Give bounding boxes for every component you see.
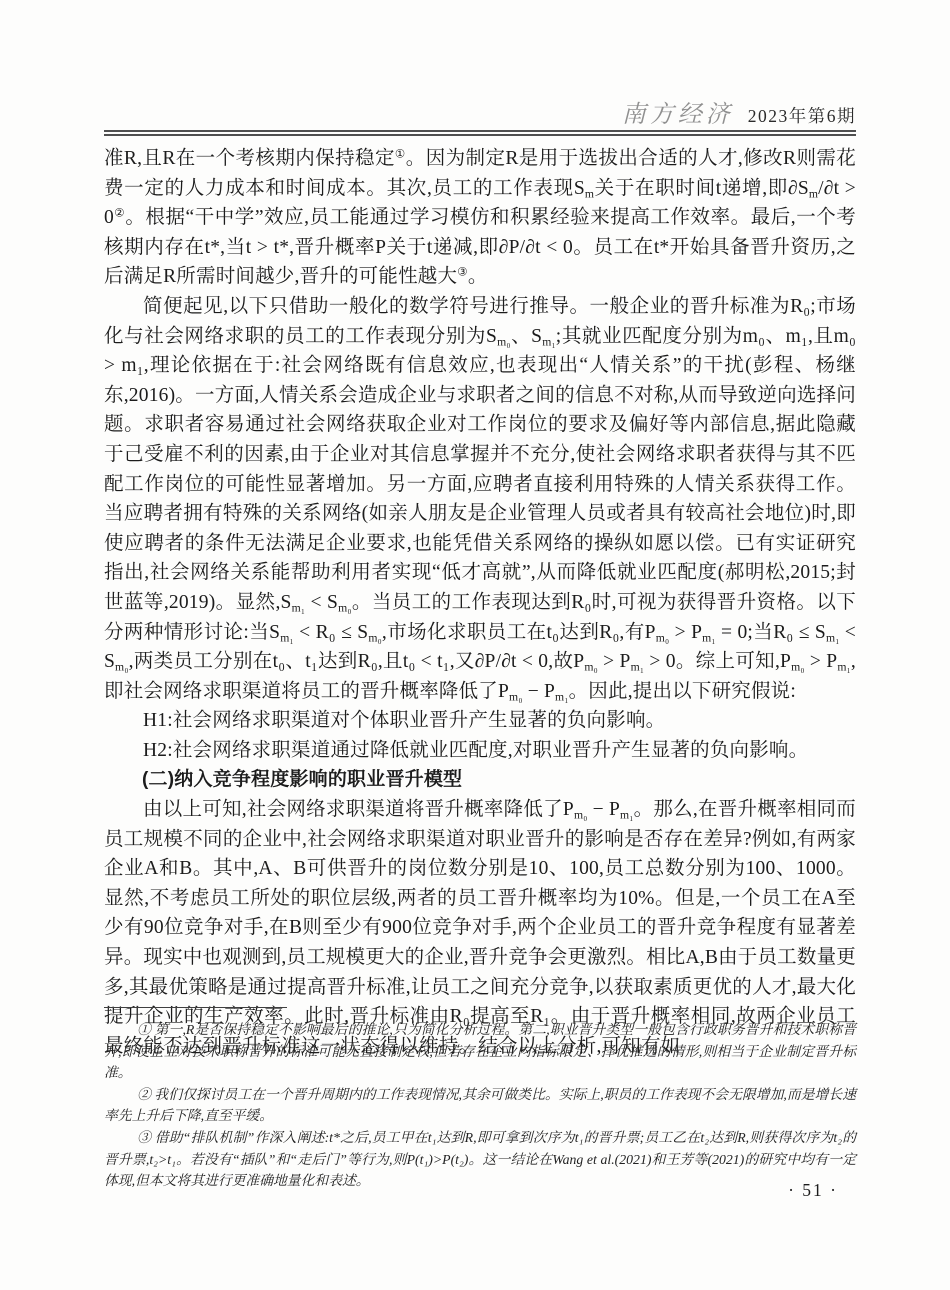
section-heading: (二)纳入竞争程度影响的职业晋升模型 [104, 765, 856, 795]
footnotes: ① 第一,R是否保持稳定不影响最后的推论,只为简化分析过程。第二,职业晋升类型一… [104, 1019, 856, 1192]
footnote: ③ 借助“排队机制”作深入阐述:t*之后,员工甲在t₁达到R,即可拿到次序为t₁… [104, 1127, 856, 1192]
footnote-rule [104, 1007, 287, 1008]
footnote-marker: ① [137, 1022, 155, 1037]
footnote: ② 我们仅探讨员工在一个晋升周期内的工作表现情况,其余可做类比。实际上,职员的工… [104, 1084, 856, 1127]
body-paragraph: 准R,且R在一个考核期内保持稳定①。因为制定R是用于选拔出合适的人才,修改R则需… [104, 144, 856, 292]
body-paragraph: 简便起见,以下只借助一般化的数学符号进行推导。一般企业的晋升标准为R₀;市场化与… [104, 292, 856, 706]
journal-logo: 南方经济 [622, 100, 734, 128]
journal-header: 南方经济2023年第6期 [104, 94, 856, 129]
body-paragraph: H2:社会网络求职渠道通过降低就业匹配度,对职业晋升产生显著的负向影响。 [104, 736, 856, 766]
footnote: ① 第一,R是否保持稳定不影响最后的推论,只为简化分析过程。第二,职业晋升类型一… [104, 1019, 856, 1084]
article-body: 准R,且R在一个考核期内保持稳定①。因为制定R是用于选拔出合适的人才,修改R则需… [104, 144, 856, 1061]
footnote-marker: ③ [137, 1130, 155, 1145]
footnote-marker: ② [137, 1087, 154, 1102]
page-number: · 51 · [788, 1180, 838, 1201]
header-rule [104, 130, 856, 136]
paper-page: 南方经济2023年第6期 准R,且R在一个考核期内保持稳定①。因为制定R是用于选… [0, 0, 950, 1290]
body-paragraph: H1:社会网络求职渠道对个体职业晋升产生显著的负向影响。 [104, 706, 856, 736]
journal-issue: 2023年第6期 [748, 106, 856, 126]
